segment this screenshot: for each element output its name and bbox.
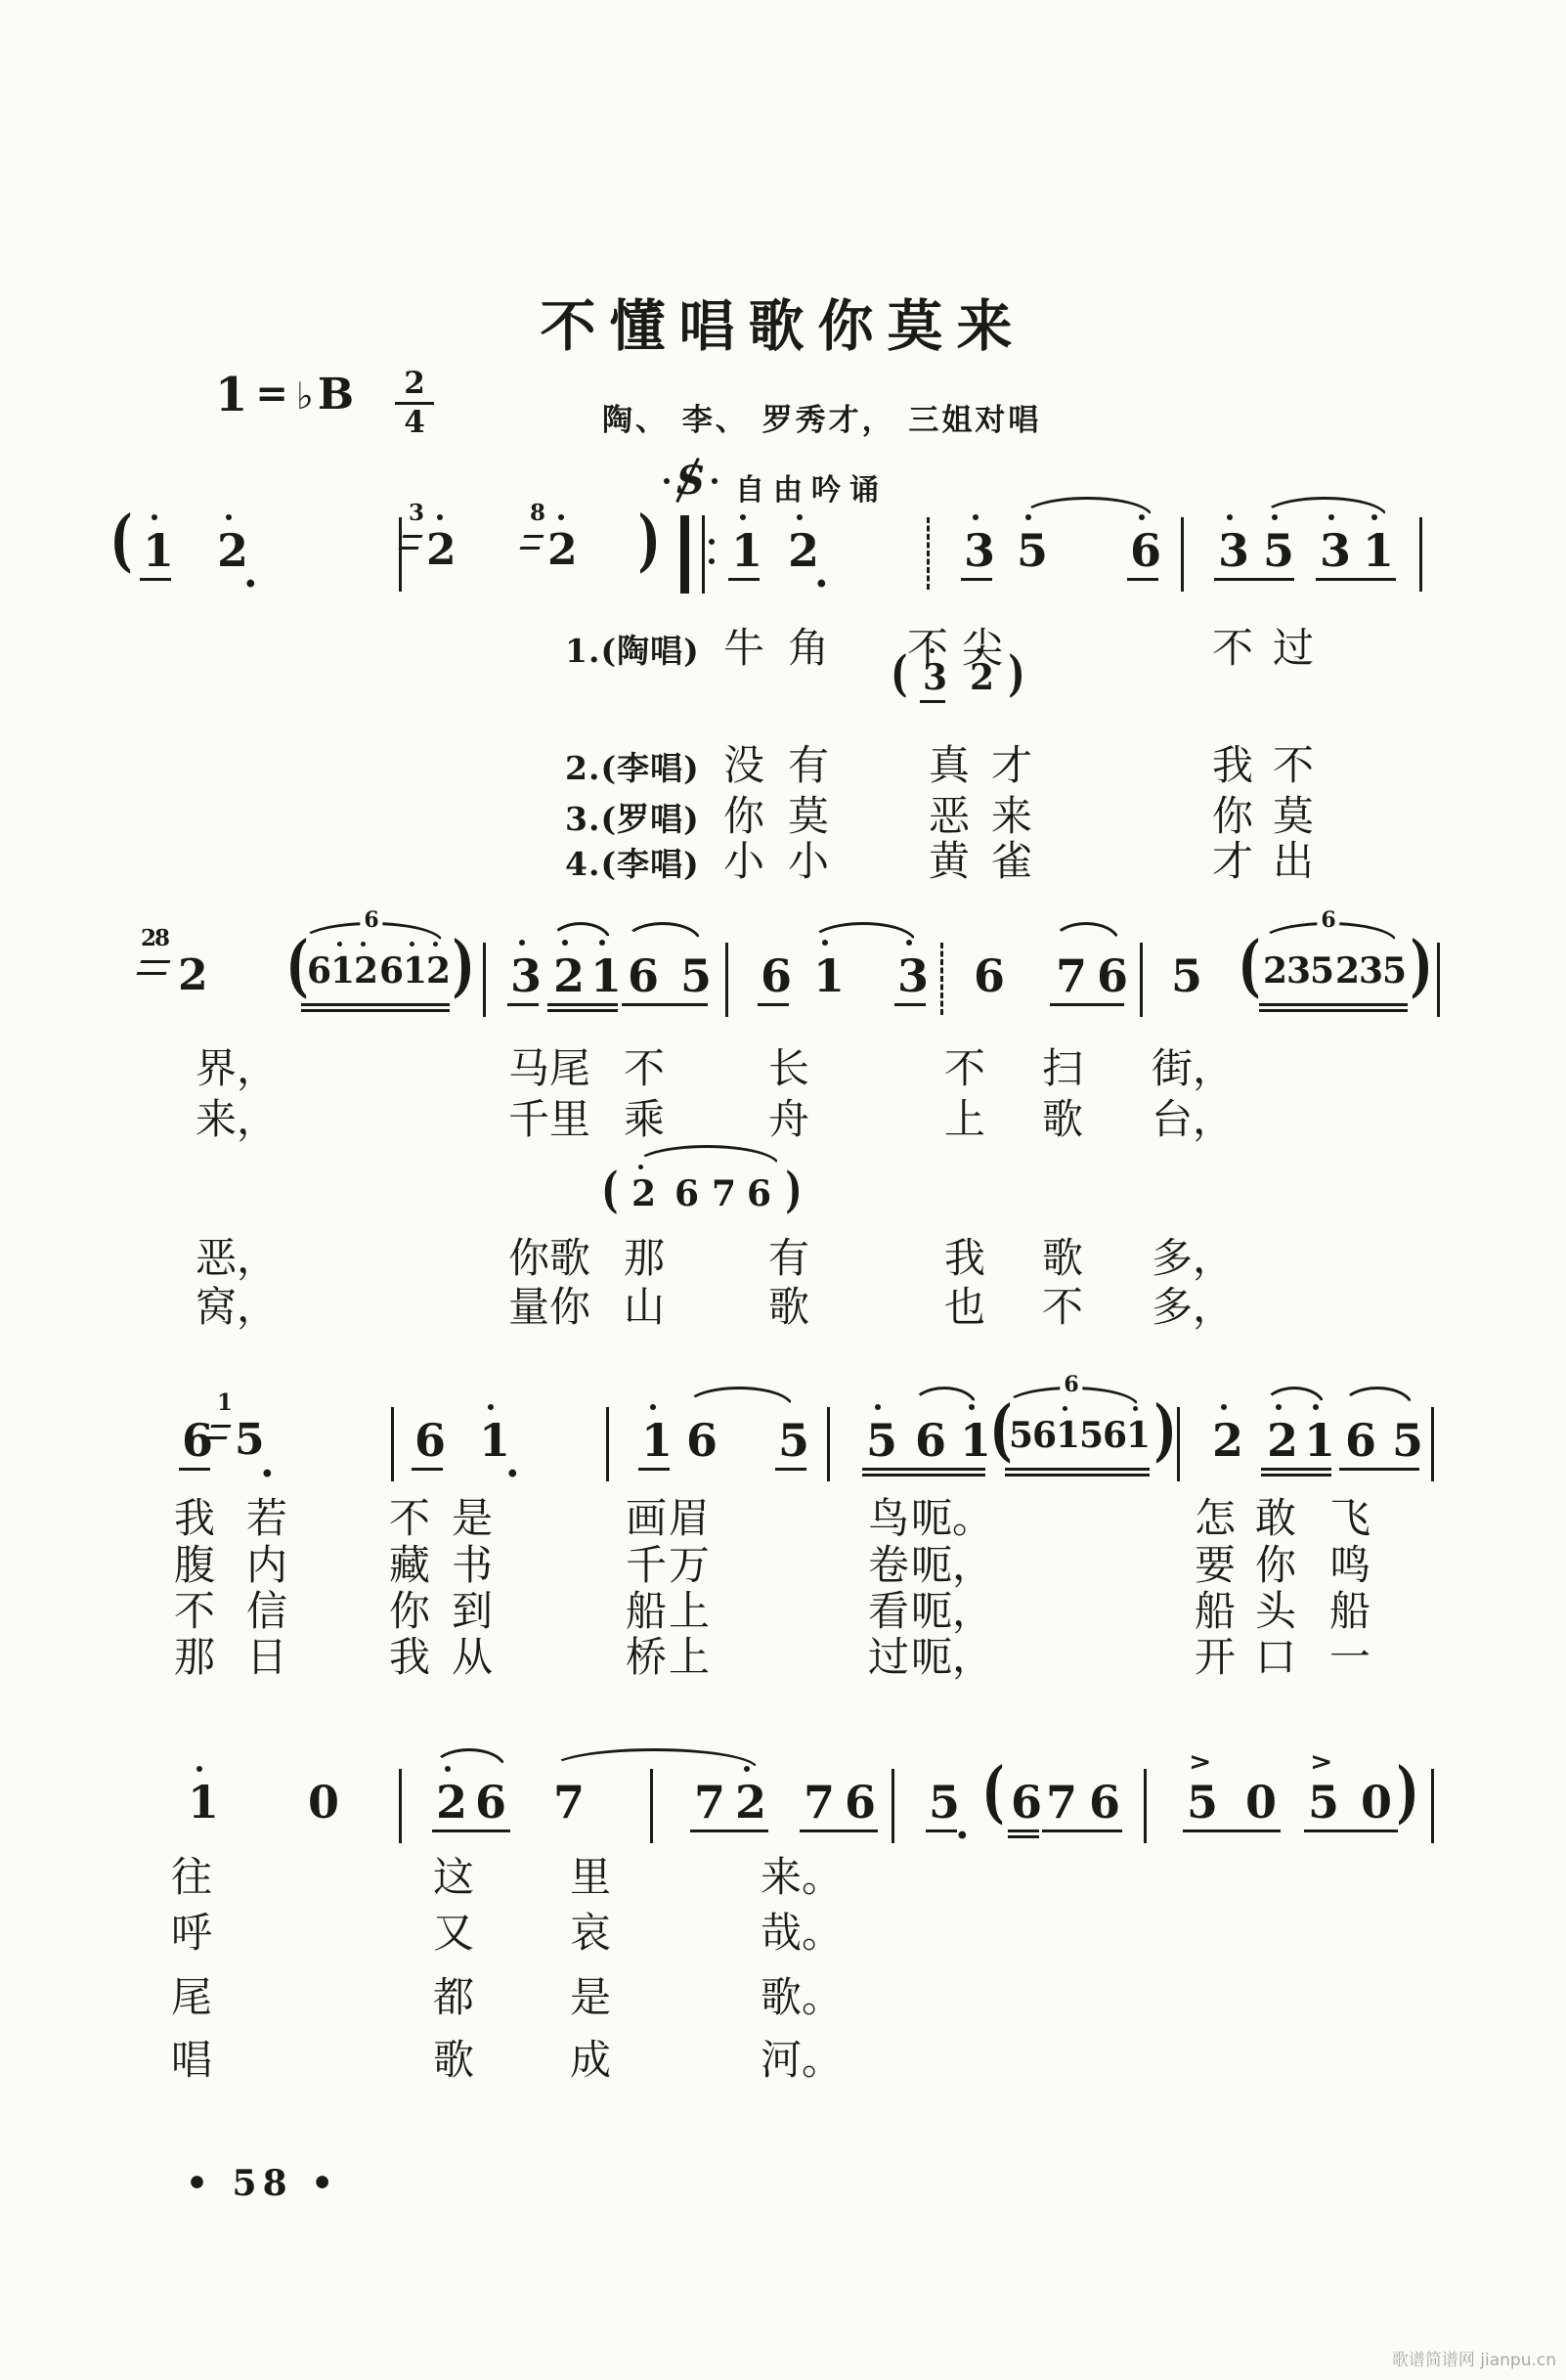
note-digit: 2 xyxy=(1212,1414,1243,1467)
tuplet-number: 6 xyxy=(1317,907,1339,933)
note: 3 xyxy=(1359,952,1382,990)
note: 5. xyxy=(929,1779,958,1826)
beam-line xyxy=(690,1829,768,1832)
note: 1 xyxy=(1363,527,1392,574)
note: 5 xyxy=(1079,1417,1103,1454)
parenthesis: ( xyxy=(286,933,309,999)
note: 2 xyxy=(1212,1417,1241,1464)
lyric-syllable: 我 xyxy=(1212,741,1253,790)
octave-dot xyxy=(1313,1404,1319,1410)
note-digit: 1 xyxy=(960,1414,991,1467)
beam-line xyxy=(1339,1468,1419,1471)
note-digit: 2 xyxy=(735,1776,766,1829)
repeat-dot xyxy=(709,539,715,545)
lyric-syllable: 有 xyxy=(768,1234,809,1283)
lyric-row: 那日我从桥上过呃，开口一 xyxy=(0,1633,1566,1690)
song-title: 不懂唱歌你莫来 xyxy=(0,282,1566,362)
note: 2 xyxy=(631,1175,655,1212)
note-digit: 5 xyxy=(1171,949,1202,1002)
lyric-syllable: 藏 xyxy=(389,1541,430,1590)
meter-numerator: 2 xyxy=(395,366,434,405)
lyric-row: 2.(李唱)没有真才我不 xyxy=(0,741,1566,798)
barline xyxy=(892,1769,894,1843)
slur-arc xyxy=(809,922,917,943)
lyric-syllable: 才 xyxy=(1212,837,1253,886)
lyric-row: 来，千里乘舟上歌台， xyxy=(0,1095,1566,1152)
note: 2. xyxy=(788,527,817,574)
duration-underline xyxy=(758,1003,789,1006)
note: 5 xyxy=(1263,527,1292,574)
note: 5 xyxy=(1310,952,1333,990)
beam-line xyxy=(1261,1468,1331,1471)
lyric-syllable: 那 xyxy=(174,1633,215,1682)
lyric-syllable: 画 xyxy=(626,1494,667,1543)
note-digit: 6 xyxy=(1345,1414,1376,1467)
slide-ornament-icon xyxy=(399,535,423,550)
note-digit: 5 xyxy=(1017,524,1048,577)
parenthesis: ) xyxy=(638,507,661,574)
note: 7 xyxy=(804,1779,833,1826)
note-digit: 2 xyxy=(178,950,208,1000)
note-digit: 6 xyxy=(307,950,331,992)
lyric-syllable: 不 xyxy=(174,1587,215,1636)
beam-line xyxy=(862,1468,985,1471)
lyric-syllable: 里 xyxy=(549,1095,590,1144)
duration-underline xyxy=(1008,1829,1039,1832)
note-digit: 7 xyxy=(804,1776,835,1829)
octave-dot xyxy=(875,1404,881,1410)
lyric-syllable: 看 xyxy=(868,1587,909,1636)
accent-mark: > xyxy=(1310,1747,1332,1777)
lyric-syllable: 没 xyxy=(723,741,764,790)
lyric-syllable: 上 xyxy=(669,1587,710,1636)
note-digit: 5 xyxy=(1187,1776,1218,1829)
lyric-syllable: 呃， xyxy=(911,1541,993,1590)
note-digit: 5 xyxy=(778,1414,809,1467)
lyric-syllable: 歌 xyxy=(1042,1234,1083,1283)
note: 6 xyxy=(1032,1417,1056,1454)
note: 5 xyxy=(1171,952,1200,999)
time-signature: 2 4 xyxy=(395,366,434,440)
note-digit: 6 xyxy=(1089,1776,1120,1829)
note: 7 xyxy=(553,1779,583,1826)
lyric-syllable: 不 xyxy=(1212,624,1253,673)
lyric-syllable: 上 xyxy=(669,1633,710,1682)
duration-underline xyxy=(926,1829,957,1832)
note-digit: 1 xyxy=(188,1776,219,1829)
octave-dot xyxy=(519,940,525,946)
lyric-syllable: 街， xyxy=(1152,1044,1234,1093)
note: 2 xyxy=(553,952,583,999)
note-digit: 7 xyxy=(553,1776,585,1829)
note-digit: 6 xyxy=(475,1776,506,1829)
beam-line xyxy=(547,1003,618,1006)
lyric-syllable: 量 xyxy=(508,1283,549,1332)
note: 6 xyxy=(845,1779,874,1826)
lyric-syllable: 上 xyxy=(944,1095,985,1144)
note-digit: 6 xyxy=(628,949,659,1002)
lyric-row: 4.(李唱)小小黄雀才出 xyxy=(0,837,1566,894)
lyric-syllable: 马 xyxy=(508,1044,549,1093)
note-digit: 0 xyxy=(1361,1776,1392,1829)
note: 3 xyxy=(1218,527,1247,574)
octave-dot xyxy=(226,514,232,520)
lyric-syllable: 飞 xyxy=(1329,1494,1370,1543)
duration-underline xyxy=(728,578,760,581)
note-digit: 3 xyxy=(1218,524,1249,577)
slur-arc: 6 xyxy=(299,922,444,943)
beam-line xyxy=(800,1829,878,1832)
grace-digit: 8 xyxy=(530,500,544,526)
note: 7 xyxy=(712,1175,735,1212)
note-digit: 6 xyxy=(1097,949,1128,1002)
lyric-syllable: 从 xyxy=(452,1633,493,1682)
lyric-syllable: 过 xyxy=(868,1633,909,1682)
lyric-syllable: 成 xyxy=(570,2036,611,2085)
augmentation-dot: . xyxy=(814,549,829,596)
octave-dot xyxy=(1221,1404,1227,1410)
lyric-syllable: 不 xyxy=(1273,741,1314,790)
note: 5 xyxy=(1392,1417,1421,1464)
augmentation-dot: . xyxy=(955,1800,970,1848)
lyric-syllable: 尾 xyxy=(549,1044,590,1093)
note-digit: 2 xyxy=(631,1173,656,1214)
duration-underline xyxy=(1127,578,1158,581)
barline xyxy=(827,1407,830,1481)
key-do: 1 xyxy=(215,372,247,419)
grace-digit: 28 xyxy=(141,925,168,951)
beam-line xyxy=(1261,1474,1331,1476)
barline xyxy=(399,1769,402,1843)
octave-dot xyxy=(744,1766,750,1772)
beam-line xyxy=(1304,1829,1398,1832)
verse-label: 4.(李唱) xyxy=(565,842,700,887)
note-digit: 6 xyxy=(1032,1415,1057,1456)
octave-dot xyxy=(1139,514,1145,520)
parenthesis: ( xyxy=(1239,933,1261,999)
lyric-syllable: 不 xyxy=(907,624,948,673)
parenthesis: ) xyxy=(1411,933,1433,999)
octave-dot xyxy=(1227,514,1233,520)
lyric-syllable: 那 xyxy=(624,1234,665,1283)
key-signature: 1 = ♭ B 2 4 xyxy=(215,372,434,440)
lyric-syllable: 唱 xyxy=(171,2036,212,2085)
music-line-3: 615.61.165561(6561561)22165 xyxy=(0,1384,1566,1511)
lyric-row: 往这里来。 xyxy=(0,1853,1566,1910)
lyric-syllable: 你 xyxy=(549,1283,590,1332)
parenthesis: ) xyxy=(1397,1759,1419,1826)
lyric-syllable: 口 xyxy=(1255,1633,1296,1682)
lyric-syllable: 来。 xyxy=(761,1853,843,1902)
note: 1 xyxy=(1056,1417,1079,1454)
note: 5> xyxy=(1187,1779,1216,1826)
note: 6 xyxy=(747,1175,770,1212)
octave-dot xyxy=(1371,514,1377,520)
note-digit: 2 xyxy=(1335,950,1360,992)
augmentation-dot: . xyxy=(260,1438,275,1486)
lyric-syllable: 才 xyxy=(991,741,1032,790)
lyric-syllable: 腹 xyxy=(174,1541,215,1590)
accent-mark: > xyxy=(1189,1747,1211,1777)
note: 5 xyxy=(1382,952,1406,990)
lyric-syllable: 乘 xyxy=(624,1095,665,1144)
lyric-syllable: 书 xyxy=(452,1541,493,1590)
note-digit: 1 xyxy=(1304,1414,1335,1467)
meter-denominator: 4 xyxy=(395,405,434,440)
note-digit: 0 xyxy=(308,1776,339,1829)
note: 6 xyxy=(628,952,657,999)
duration-underline xyxy=(140,578,171,581)
note: 7 xyxy=(1046,1779,1075,1826)
note-digit: 6 xyxy=(686,1414,718,1467)
slide-ornament-icon xyxy=(207,1425,232,1439)
slur-arc xyxy=(1261,497,1388,517)
lyric-syllable: 来 xyxy=(991,792,1032,841)
note: 2 xyxy=(1335,952,1359,990)
lyric-syllable: 黄 xyxy=(929,837,970,886)
slur-arc xyxy=(1052,922,1120,943)
octave-dot xyxy=(437,514,443,520)
beam-line xyxy=(1005,1468,1150,1471)
lyric-syllable: 多， xyxy=(1152,1234,1234,1283)
duration-underline xyxy=(775,1468,806,1471)
slur-arc xyxy=(1021,497,1153,517)
note-digit: 3 xyxy=(897,949,929,1002)
lyric-syllable: 台， xyxy=(1152,1095,1234,1144)
beam-line xyxy=(301,1009,450,1012)
note-digit: 1 xyxy=(1126,1415,1151,1456)
lyric-syllable: 恶， xyxy=(196,1234,278,1283)
augmentation-dot: . xyxy=(505,1438,520,1486)
octave-dot xyxy=(488,1404,494,1410)
note: 5 xyxy=(866,1417,895,1464)
note: 6 xyxy=(761,952,790,999)
note-digit: 3 xyxy=(964,524,995,577)
lyric-syllable: 开 xyxy=(1195,1633,1236,1682)
lyric-syllable: 呃， xyxy=(911,1587,993,1636)
note: 1 xyxy=(1304,1417,1333,1464)
octave-dot xyxy=(1133,1406,1138,1411)
barline xyxy=(1431,1769,1434,1843)
lyric-syllable: 这 xyxy=(433,1853,474,1902)
note-digit: 1 xyxy=(590,949,622,1002)
barline xyxy=(1144,1769,1147,1843)
note: 6 xyxy=(414,1417,444,1464)
note: 6 xyxy=(915,1417,944,1464)
beam-line xyxy=(1259,1003,1408,1006)
note-digit: 6 xyxy=(182,1414,213,1467)
barline xyxy=(1181,517,1184,592)
beam-line xyxy=(862,1474,985,1476)
octave-dot xyxy=(906,940,912,946)
tuplet-number: 6 xyxy=(1060,1372,1082,1397)
beam-line xyxy=(1214,578,1294,581)
segno-dot-left xyxy=(664,478,670,484)
lyric-syllable: 不 xyxy=(624,1044,665,1093)
note: 1 xyxy=(960,1417,989,1464)
note-digit: 3 xyxy=(1286,950,1311,992)
octave-dot xyxy=(973,514,979,520)
note: 2 xyxy=(1267,1417,1296,1464)
octave-dot xyxy=(1063,1406,1067,1411)
parenthesis: ) xyxy=(453,933,475,999)
note: 1. xyxy=(479,1417,508,1464)
octave-dot xyxy=(433,942,438,947)
slide-ornament-icon xyxy=(137,960,171,975)
lyric-syllable: 往 xyxy=(171,1853,212,1902)
note-digit: 7 xyxy=(694,1776,725,1829)
octave-dot xyxy=(638,1165,643,1169)
note: 3 xyxy=(897,952,927,999)
verse-label: 3.(罗唱) xyxy=(565,797,700,842)
duration-underline xyxy=(1008,1835,1039,1838)
beam-line xyxy=(1050,1003,1124,1006)
note: 6 xyxy=(674,1175,698,1212)
barline xyxy=(399,517,402,592)
barline xyxy=(650,1769,653,1843)
lyric-syllable: 你 xyxy=(508,1234,549,1283)
note: 0 xyxy=(308,1779,337,1826)
lyric-syllable: 船 xyxy=(1195,1587,1236,1636)
lyric-syllable: 一 xyxy=(1329,1633,1370,1682)
note: 5 xyxy=(680,952,710,999)
note-digit: 1 xyxy=(403,950,427,992)
note: 6 xyxy=(1097,952,1126,999)
note-digit: 6 xyxy=(1103,1415,1127,1456)
note: 0 xyxy=(1361,1779,1390,1826)
verse-label: 2.(李唱) xyxy=(565,746,700,791)
slide-ornament-icon xyxy=(520,535,544,550)
note-digit: 5 xyxy=(1308,1776,1339,1829)
note: 2. xyxy=(217,527,246,574)
note-digit: 1 xyxy=(1056,1415,1080,1456)
note: 1 xyxy=(143,527,172,574)
beam-line xyxy=(622,1003,708,1006)
lyric-row: 尾都是歌。 xyxy=(0,1973,1566,2030)
note-digit: 2 xyxy=(436,1776,467,1829)
duration-underline xyxy=(179,1468,210,1471)
note: 6 xyxy=(379,952,403,990)
lyric-syllable: 千 xyxy=(626,1541,667,1590)
lyric-row: 呼又哀哉。 xyxy=(0,1909,1566,1965)
octave-dot xyxy=(337,942,342,947)
lyric-syllable: 歌 xyxy=(549,1234,590,1283)
lyric-syllable: 尾 xyxy=(171,1973,212,2022)
octave-dot xyxy=(650,1404,656,1410)
note: 5 xyxy=(1017,527,1046,574)
note: 1 xyxy=(1126,1417,1150,1454)
lyric-syllable: 若 xyxy=(246,1494,287,1543)
lyric-syllable: 不 xyxy=(944,1044,985,1093)
lyric-syllable: 我 xyxy=(944,1234,985,1283)
note: 1 xyxy=(188,1779,217,1826)
lyric-syllable: 日 xyxy=(246,1633,287,1682)
lyric-syllable: 是 xyxy=(570,1973,611,2022)
note-digit: 3 xyxy=(1359,950,1383,992)
note-digit: 1 xyxy=(813,949,845,1002)
note: 6 xyxy=(475,1779,504,1826)
note: 5 xyxy=(1009,1417,1032,1454)
duration-underline xyxy=(638,1468,670,1471)
note-digit: 6 xyxy=(915,1414,946,1467)
note-digit: 6 xyxy=(674,1173,699,1214)
note: 3 xyxy=(510,952,540,999)
lyric-syllable: 来， xyxy=(196,1095,278,1144)
note: 6 xyxy=(686,1417,716,1464)
grace-digit: 3 xyxy=(409,500,423,526)
octave-dot xyxy=(797,514,803,520)
barline xyxy=(940,943,946,1015)
lyric-syllable: 小 xyxy=(723,837,764,886)
note: 5 xyxy=(778,1417,807,1464)
note-digit: 3 xyxy=(1320,524,1351,577)
note-digit: 1 xyxy=(143,524,174,577)
lyric-syllable: 恶 xyxy=(929,792,970,841)
lyric-syllable: 都 xyxy=(433,1973,474,2022)
note-digit: 2 xyxy=(547,525,578,575)
beam-line xyxy=(1005,1474,1150,1476)
lyric-syllable: 哀 xyxy=(570,1909,611,1958)
lyric-syllable: 莫 xyxy=(788,792,829,841)
flat-icon: ♭ xyxy=(296,372,314,420)
note-digit: 2 xyxy=(426,950,451,992)
slur-arc xyxy=(911,1387,978,1407)
lyric-syllable: 歌 xyxy=(433,2036,474,2085)
lyric-syllable: 是 xyxy=(452,1494,493,1543)
note: 1 xyxy=(641,1417,671,1464)
barline xyxy=(1431,1407,1434,1481)
slur-arc: 6 xyxy=(1003,1387,1140,1407)
octave-dot xyxy=(1328,514,1334,520)
watermark: 歌谱简谱网 jianpu.cn xyxy=(1392,2346,1556,2370)
lyric-syllable: 我 xyxy=(389,1633,430,1682)
lyric-syllable: 歌 xyxy=(768,1283,809,1332)
augmentation-dot: . xyxy=(243,549,258,596)
note-digit: 7 xyxy=(712,1173,736,1214)
slur-arc xyxy=(684,1387,794,1407)
barline xyxy=(1177,1407,1180,1481)
lyric-row: 界，马尾不长不扫街， xyxy=(0,1044,1566,1101)
lyric-syllable: 长 xyxy=(768,1044,809,1093)
lyric-syllable: 窝， xyxy=(196,1283,278,1332)
note: 6 xyxy=(1345,1417,1374,1464)
duration-underline xyxy=(507,1003,539,1006)
note-digit: 2 xyxy=(1267,1414,1298,1467)
lyric-syllable: 也 xyxy=(944,1283,985,1332)
lyric-syllable: 舟 xyxy=(768,1095,809,1144)
lyric-syllable: 扫 xyxy=(1042,1044,1083,1093)
note: 6 xyxy=(1103,1417,1126,1454)
lyric-syllable: 卷 xyxy=(868,1541,909,1590)
duration-underline xyxy=(894,1003,926,1006)
lyric-syllable: 桥 xyxy=(626,1633,667,1682)
lyric-syllable: 你 xyxy=(1255,1541,1296,1590)
lyric-syllable: 多， xyxy=(1152,1283,1234,1332)
octave-dot xyxy=(152,514,157,520)
grace-figure: 282 xyxy=(178,952,208,999)
lyric-syllable: 船 xyxy=(1329,1587,1370,1636)
lyric-syllable: 莫 xyxy=(1273,792,1314,841)
note-digit: 5 xyxy=(1310,950,1334,992)
lyric-syllable: 角 xyxy=(788,624,829,673)
beam-line xyxy=(1183,1829,1281,1832)
note-digit: 5 xyxy=(1382,950,1407,992)
octave-dot xyxy=(740,514,746,520)
lyric-syllable: 呃， xyxy=(911,1633,993,1682)
lyric-syllable: 山 xyxy=(624,1283,665,1332)
beam-line xyxy=(301,1003,450,1006)
note: 1 xyxy=(330,952,354,990)
